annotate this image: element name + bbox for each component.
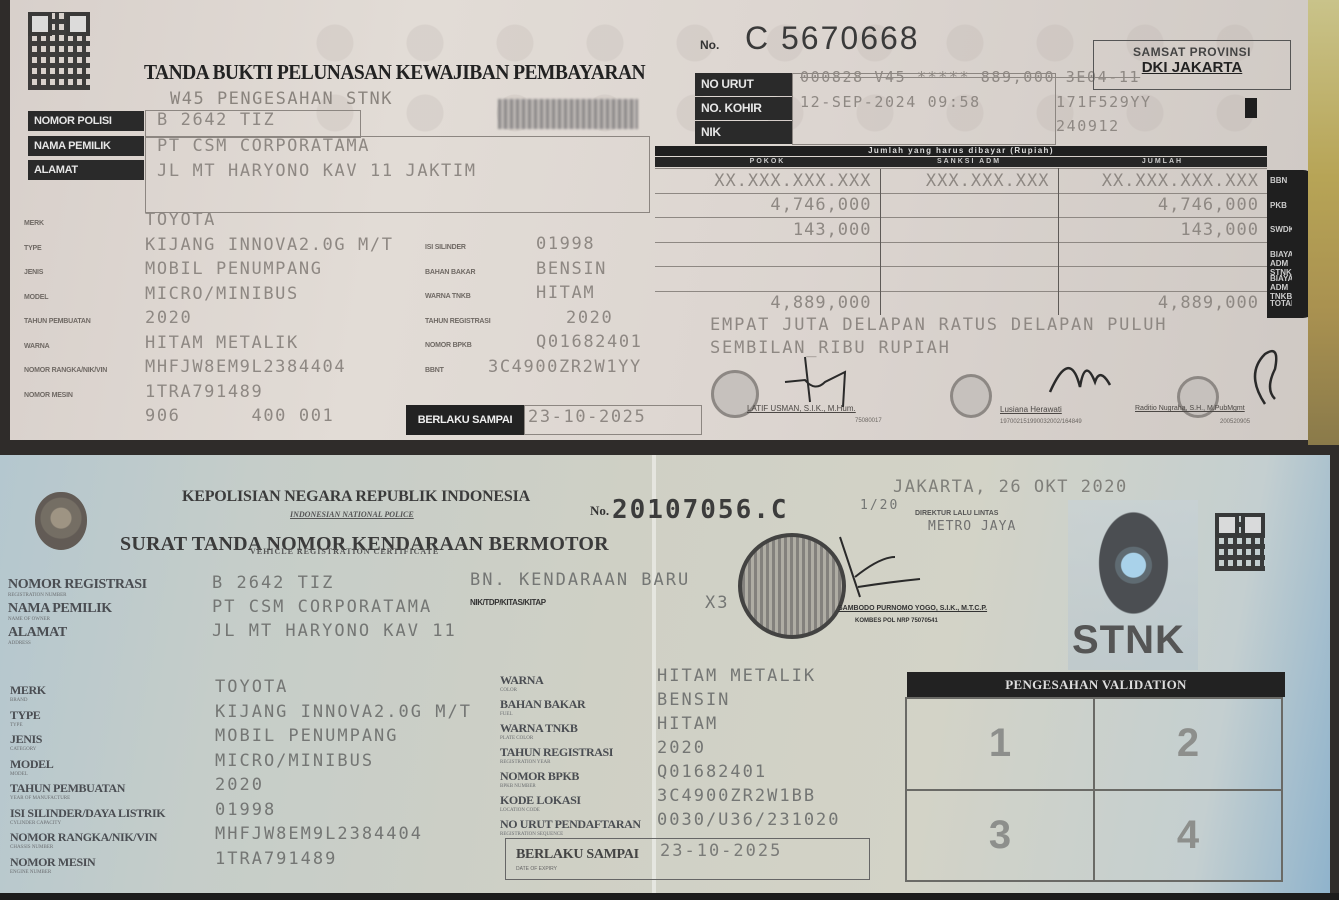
kohir-date: 240912 — [1056, 117, 1120, 135]
label-text: ALAMAT — [8, 625, 67, 640]
vehicle-field-label: NOMOR MESIN — [24, 392, 73, 399]
label-text: WARNA TNKB — [500, 721, 577, 735]
stnk-vehicle-label: TAHUN PEMBUATANYEAR OF MANUFACTURE — [10, 781, 125, 801]
vehicle-field-value: 3C4900ZR2W1YY — [488, 357, 642, 377]
stnk-logo: STNK — [1072, 618, 1185, 663]
label-text: WARNA — [500, 673, 543, 687]
vehicle-field-value: Q01682401 — [536, 332, 643, 352]
signatory-id: 200520905 — [1220, 419, 1250, 425]
label-text: TYPE — [10, 708, 40, 722]
payment-cell-jumlah: 4,746,000 — [1058, 193, 1267, 218]
payment-header: Jumlah yang harus dibayar (Rupiah) — [655, 146, 1267, 156]
vehicle-field-value: TOYOTA — [145, 210, 216, 230]
director-title: DIREKTUR LALU LINTAS — [915, 510, 998, 517]
kohir-code: 171F529YY — [1056, 93, 1152, 111]
payment-cell-sanksi: XXX.XXX.XXX — [880, 169, 1058, 194]
signatory-id: 75080017 — [855, 418, 882, 424]
signature-icon — [775, 352, 865, 412]
stnk-valid-until-en: DATE OF EXPIRY — [516, 866, 557, 872]
validation-grid: 1 2 3 4 — [905, 697, 1283, 882]
validation-header: PENGESAHAN VALIDATION — [907, 672, 1285, 697]
vehicle-field-value: KIJANG INNOVA2.0G M/T — [145, 235, 394, 255]
signatory-id: 197002151990032002/164849 — [1000, 419, 1082, 425]
stnk-vehicle-value: HITAM METALIK — [657, 666, 816, 686]
seal-icon — [950, 374, 992, 418]
label-text: KODE LOKASI — [500, 793, 581, 807]
stnk-vehicle-value: 3C4900ZR2W1BB — [657, 786, 816, 806]
vehicle-field-value: 906 400 001 — [145, 406, 334, 426]
signature-block-3: Raditio Nugraha, S.H., M.PubMgmt 2005209… — [1135, 362, 1315, 440]
police-star-icon — [1096, 508, 1171, 618]
stnk-vehicle-label: WARNA TNKBPLATE COLOR — [500, 721, 577, 741]
stnk-vehicle-label: MERKBRAND — [10, 683, 46, 703]
stnk-vehicle-label: NOMOR BPKBBPKB NUMBER — [500, 769, 579, 789]
label-text: NOMOR BPKB — [500, 769, 579, 783]
stnk-vehicle-value: MHFJW8EM9L2384404 — [215, 824, 423, 844]
payment-cell-sanksi — [880, 242, 1058, 267]
vehicle-field-label: NOMOR RANGKA/NIK/VIN — [24, 367, 107, 374]
signature-icon — [820, 527, 930, 607]
label-text-en: ENGINE NUMBER — [10, 870, 95, 875]
stnk-number: 20107056.C — [612, 495, 789, 525]
vehicle-field-label: BBNT — [425, 367, 444, 374]
label-text-en: CATEGORY — [10, 747, 42, 752]
samsat-region: DKI JAKARTA — [1094, 59, 1290, 76]
vehicle-field-label: TAHUN REGISTRASI — [425, 318, 491, 325]
stnk-owner-value: PT CSM CORPORATAMA — [212, 597, 432, 617]
payment-row: 4,746,0004,746,000 — [655, 193, 1267, 218]
payment-row-label: PKB — [1270, 201, 1292, 210]
qr-code-icon — [28, 12, 90, 90]
plate-value: B 2642 TIZ — [157, 110, 275, 130]
label-text: NOMOR RANGKA/NIK/VIN — [10, 830, 157, 844]
label-text-en: CYLINDER CAPACITY — [10, 821, 165, 826]
label-no-urut: NO URUT — [695, 73, 792, 96]
vehicle-field-value: 2020 — [145, 308, 192, 328]
stnk-vehicle-label: TYPETYPE — [10, 708, 40, 728]
payment-cell-jumlah: 4,889,000 — [1058, 291, 1267, 315]
stnk-vehicle-label: NOMOR MESINENGINE NUMBER — [10, 855, 95, 875]
stnk-vehicle-value: TOYOTA — [215, 677, 288, 697]
label-text: NOMOR MESIN — [10, 855, 95, 869]
vehicle-field-value: MICRO/MINIBUS — [145, 284, 299, 304]
label-plate: NOMOR POLISI — [28, 111, 144, 131]
stnk-header-police: KEPOLISIAN NEGARA REPUBLIK INDONESIA — [182, 488, 530, 506]
receipt-number: C 5670668 — [745, 20, 920, 57]
payment-row-label: BBN — [1270, 176, 1292, 185]
label-text-en: COLOR — [500, 688, 543, 693]
payment-row: 4,889,0004,889,000 — [655, 291, 1267, 315]
payment-receipt: TANDA BUKTI PELUNASAN KEWAJIBAN PEMBAYAR… — [10, 0, 1315, 440]
label-text-en: CHASSIS NUMBER — [10, 845, 157, 850]
hologram-edge — [1308, 0, 1339, 445]
nik-value: X3 — [705, 593, 729, 613]
label-text-en: BPKB NUMBER — [500, 784, 579, 789]
payment-row-label: SWDKLLJ — [1270, 225, 1292, 234]
issue-place-date: JAKARTA, 26 OKT 2020 — [893, 477, 1128, 497]
payment-row-label: BIAYA ADM STNK — [1270, 250, 1292, 277]
stnk-vehicle-label: NOMOR RANGKA/NIK/VINCHASSIS NUMBER — [10, 830, 157, 850]
stnk-vehicle-value: 0030/U36/231020 — [657, 810, 841, 830]
barcode-icon — [498, 99, 638, 129]
signatory-name: Raditio Nugraha, S.H., M.PubMgmt — [1135, 405, 1245, 412]
label-text-en: BRAND — [10, 698, 46, 703]
payment-table: XX.XXX.XXX.XXXXXX.XXX.XXXXX.XXX.XXX.XXX4… — [655, 168, 1267, 315]
payment-cell-jumlah — [1058, 267, 1267, 292]
stnk-vehicle-value: MOBIL PENUMPANG — [215, 726, 399, 746]
label-text: MERK — [10, 683, 46, 697]
vehicle-registration-certificate: KEPOLISIAN NEGARA REPUBLIK INDONESIA IND… — [0, 455, 1330, 900]
stnk-vehicle-label: MODELMODEL — [10, 757, 53, 777]
label-owner-name: NAMA PEMILIK — [28, 136, 144, 156]
label-text-en: TYPE — [10, 723, 40, 728]
label-text-en: MODEL — [10, 772, 53, 777]
stnk-vehicle-value: 2020 — [657, 738, 706, 758]
samsat-label: SAMSAT PROVINSI — [1094, 45, 1290, 59]
signature-block-1: LATIF USMAN, S.I.K., M.Hum. 75080017 — [705, 362, 905, 440]
stnk-vehicle-label: WARNACOLOR — [500, 673, 543, 693]
payment-cell-sanksi — [880, 218, 1058, 243]
label-text-en: REGISTRATION NUMBER — [8, 593, 147, 598]
payment-row: 143,000143,000 — [655, 218, 1267, 243]
stnk-signer-rank: KOMBES POL NRP 75070541 — [855, 618, 938, 624]
vehicle-field-label: WARNA TNKB — [425, 293, 471, 300]
label-text-en: LOCATION CODE — [500, 808, 581, 813]
no-kohir-value: 12-SEP-2024 09:58 — [800, 93, 981, 111]
qr-code-icon — [1215, 513, 1265, 571]
stnk-number-suffix: 1/20 — [860, 498, 899, 513]
stnk-vehicle-value: KIJANG INNOVA2.0G M/T — [215, 702, 472, 722]
valid-until-label: BERLAKU SAMPAI — [406, 405, 524, 435]
receipt-subtitle: W45 PENGESAHAN STNK — [170, 89, 393, 109]
label-text-en: FUEL — [500, 712, 585, 717]
label-nik: NIK — [695, 121, 792, 144]
stnk-number-prefix: No. — [590, 503, 609, 519]
valid-until-value: 23-10-2025 — [528, 407, 646, 427]
stnk-signer-name: SAMBODO PURNOMO YOGO, S.I.K., M.T.C.P. — [838, 605, 987, 612]
validation-cell: 3 — [906, 790, 1094, 882]
label-text: TAHUN PEMBUATAN — [10, 781, 125, 795]
vehicle-field-label: MERK — [24, 220, 44, 227]
col-pokok: POKOK — [655, 157, 880, 167]
bn-note: BN. KENDARAAN BARU — [470, 570, 690, 590]
signature-block-2: Lusiana Herawati 197002151990032002/1648… — [945, 362, 1145, 440]
validation-cell: 4 — [1094, 790, 1282, 882]
signatory-name: Lusiana Herawati — [1000, 405, 1062, 414]
stnk-vehicle-value: BENSIN — [657, 690, 730, 710]
vehicle-field-value: BENSIN — [536, 259, 607, 279]
stnk-owner-value: B 2642 TIZ — [212, 573, 334, 593]
address-value: JL MT HARYONO KAV 11 JAKTIM — [157, 161, 477, 181]
label-text-en: ADDRESS — [8, 641, 67, 646]
payment-cell-pokok: 4,746,000 — [655, 193, 880, 218]
label-text: NAMA PEMILIK — [8, 601, 112, 616]
stnk-owner-label: NAMA PEMILIKNAME OF OWNER — [8, 601, 112, 622]
label-text: MODEL — [10, 757, 53, 771]
signature-icon — [1235, 344, 1295, 414]
payment-column-headers: POKOK SANKSI ADM JUMLAH — [655, 157, 1267, 167]
stnk-vehicle-label: JENISCATEGORY — [10, 732, 42, 752]
payment-cell-pokok — [655, 242, 880, 267]
col-jumlah: JUMLAH — [1058, 157, 1267, 167]
label-text: BAHAN BAKAR — [500, 697, 585, 711]
stnk-vehicle-value: MICRO/MINIBUS — [215, 751, 374, 771]
signatory-name: LATIF USMAN, S.I.K., M.Hum. — [747, 404, 856, 413]
payment-cell-jumlah — [1058, 242, 1267, 267]
background-edge — [0, 893, 1339, 900]
payment-cell-jumlah: 143,000 — [1058, 218, 1267, 243]
payment-cell-sanksi — [880, 291, 1058, 315]
stnk-header-police-en: INDONESIAN NATIONAL POLICE — [290, 510, 414, 519]
vehicle-field-value: 1TRA791489 — [145, 382, 263, 402]
col-sanksi: SANKSI ADM — [880, 157, 1058, 167]
label-text-en: PLATE COLOR — [500, 736, 577, 741]
vehicle-field-value: 2020 — [566, 308, 613, 328]
vehicle-field-label: NOMOR BPKB — [425, 342, 472, 349]
vehicle-field-label: BAHAN BAKAR — [425, 269, 475, 276]
payment-cell-jumlah: XX.XXX.XXX.XXX — [1058, 169, 1267, 194]
payment-row — [655, 242, 1267, 267]
label-text-en: REGISTRATION SEQUENCE — [500, 832, 641, 837]
receipt-title: TANDA BUKTI PELUNASAN KEWAJIBAN PEMBAYAR… — [144, 60, 645, 85]
police-emblem-icon — [35, 492, 87, 550]
label-text: JENIS — [10, 732, 42, 746]
stnk-vehicle-value: 01998 — [215, 800, 276, 820]
label-text-en: REGISTRATION YEAR — [500, 760, 613, 765]
payment-row-label: BIAYA ADM TNKB — [1270, 274, 1292, 301]
owner-name-value: PT CSM CORPORATAMA — [157, 136, 370, 156]
stnk-vehicle-value: 2020 — [215, 775, 264, 795]
payment-cell-pokok: 143,000 — [655, 218, 880, 243]
receipt-number-prefix: No. — [700, 38, 719, 52]
director-region: METRO JAYA — [928, 519, 1016, 534]
vehicle-field-label: WARNA — [24, 343, 49, 350]
stnk-vehicle-label: NO URUT PENDAFTARANREGISTRATION SEQUENCE — [500, 817, 641, 837]
nik-label: NIK/TDP/KITAS/KITAP — [470, 598, 546, 607]
vehicle-field-label: JENIS — [24, 269, 43, 276]
payment-row — [655, 267, 1267, 292]
label-text-en: YEAR OF MANUFACTURE — [10, 796, 125, 801]
stnk-vehicle-value: 1TRA791489 — [215, 849, 337, 869]
stnk-owner-label: NOMOR REGISTRASIREGISTRATION NUMBER — [8, 577, 147, 598]
vehicle-field-label: TYPE — [24, 245, 41, 252]
stnk-vehicle-label: KODE LOKASILOCATION CODE — [500, 793, 581, 813]
stnk-owner-label: ALAMATADDRESS — [8, 625, 67, 646]
payment-cell-pokok: 4,889,000 — [655, 291, 880, 315]
payment-cell-pokok: XX.XXX.XXX.XXX — [655, 169, 880, 194]
label-text: ISI SILINDER/DAYA LISTRIK — [10, 806, 165, 820]
payment-row: XX.XXX.XXX.XXXXXX.XXX.XXXXX.XXX.XXX.XXX — [655, 169, 1267, 194]
vehicle-field-value: MHFJW8EM9L2384404 — [145, 357, 346, 377]
stnk-vehicle-label: ISI SILINDER/DAYA LISTRIKCYLINDER CAPACI… — [10, 806, 165, 826]
vehicle-field-label: TAHUN PEMBUATAN — [24, 318, 91, 325]
stnk-valid-until-value: 23-10-2025 — [660, 841, 782, 861]
stnk-valid-until-label: BERLAKU SAMPAI — [516, 847, 639, 863]
stnk-vehicle-label: BAHAN BAKARFUEL — [500, 697, 585, 717]
signature-icon — [1040, 347, 1120, 412]
label-address: ALAMAT — [28, 160, 144, 180]
payment-cell-sanksi — [880, 193, 1058, 218]
samsat-box: SAMSAT PROVINSI DKI JAKARTA — [1093, 40, 1291, 90]
stnk-vehicle-value: Q01682401 — [657, 762, 767, 782]
label-text-en: NAME OF OWNER — [8, 617, 112, 622]
payment-cell-pokok — [655, 267, 880, 292]
security-mark-icon — [1245, 98, 1257, 118]
label-text: NO URUT PENDAFTARAN — [500, 817, 641, 831]
label-text: NOMOR REGISTRASI — [8, 577, 147, 592]
label-no-kohir: NO. KOHIR — [695, 97, 792, 120]
label-text: TAHUN REGISTRASI — [500, 745, 613, 759]
vehicle-field-value: HITAM METALIK — [145, 333, 299, 353]
vehicle-field-label: MODEL — [24, 294, 48, 301]
stnk-vehicle-value: HITAM — [657, 714, 718, 734]
vehicle-field-value: MOBIL PENUMPANG — [145, 259, 323, 279]
payment-row-label: TOTAL — [1270, 299, 1292, 308]
vehicle-field-value: 01998 — [536, 234, 595, 254]
no-urut-value: 000828 V45 ***** 889,000 3E04-11 — [800, 68, 1140, 86]
vehicle-field-label: ISI SILINDER — [425, 244, 466, 251]
validation-cell: 1 — [906, 698, 1094, 790]
vehicle-field-value: HITAM — [536, 283, 595, 303]
stnk-header-title-en: VEHICLE REGISTRATION CERTIFICATE — [250, 547, 439, 556]
validation-cell: 2 — [1094, 698, 1282, 790]
payment-cell-sanksi — [880, 267, 1058, 292]
stnk-owner-value: JL MT HARYONO KAV 11 — [212, 621, 457, 641]
stnk-vehicle-label: TAHUN REGISTRASIREGISTRATION YEAR — [500, 745, 613, 765]
